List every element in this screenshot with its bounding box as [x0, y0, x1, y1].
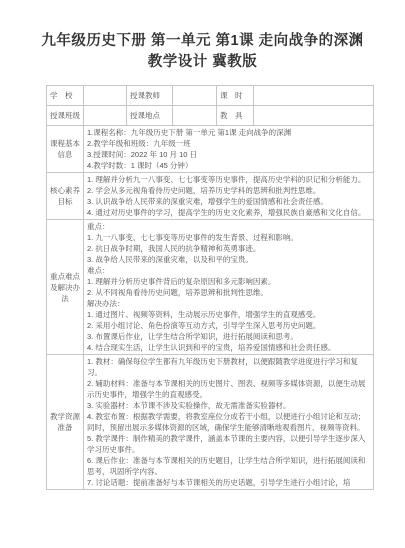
lesson-plan-table: 学 校授课教师课 时授课班级授课地点教 具课程基本信息1.课程名称：九年级历史下… — [46, 85, 374, 490]
section-row: 重点难点及解决办法重点：1. 九一八事变、七七事变等历史事件的发生背景、过程和影… — [47, 220, 374, 355]
content-line: 重点： — [87, 221, 370, 232]
field-value — [254, 106, 374, 126]
section-label: 教学资源准备 — [47, 355, 84, 490]
field-value — [84, 106, 127, 126]
field-label: 教 具 — [217, 106, 254, 126]
section-row: 课程基本信息1.课程名称：九年级历史下册 第一单元 第1课 走向战争的深渊2.教… — [47, 126, 374, 173]
content-line: 3. 布置课后作业，让学生结合所学知识，进行拓展阅读和思考。 — [87, 331, 370, 342]
content-line: 3.授课时间：2022 年 10 月 10 日 — [87, 149, 370, 160]
content-line: 6. 课后作业：准备与本节课相关的历史题目，让学生结合所学知识，进行拓展阅读和思… — [87, 455, 370, 477]
field-label: 授课地点 — [127, 106, 173, 126]
content-line: 4. 通过对历史事件的学习，提高学生的历史文化素养，增强民族自豪感和文化自信。 — [87, 207, 370, 218]
content-line: 4.教学时数：1 课时（45 分钟） — [87, 160, 370, 171]
content-line: 3. 认识战争给人民带来的深重灾难，增强学生的爱国情感和社会责任感。 — [87, 196, 370, 207]
section-content: 1.课程名称：九年级历史下册 第一单元 第1课 走向战争的深渊2.教学年级和班级… — [84, 126, 374, 173]
header-field-row: 学 校授课教师课 时 — [47, 86, 374, 106]
content-line: 1. 理解并分析历史事件背后的复杂原因和多元影响因素。 — [87, 276, 370, 287]
field-value — [173, 86, 217, 106]
content-line: 1. 理解并分析九一八事变、七七事变等历史事件，提高历史学科的识记和分析能力。 — [87, 174, 370, 185]
field-label: 授课班级 — [47, 106, 84, 126]
content-line: 4. 教室布置：根据教学需要，将教室座位分成若干小组，以便进行小组讨论和互动；同… — [87, 411, 370, 433]
content-line: 解决办法： — [87, 298, 370, 309]
document-page: 九年级历史下册 第一单元 第1课 走向战争的深渊教学设计 冀教版 学 校授课教师… — [0, 0, 405, 548]
content-line: 2. 学会从多元视角看待历史问题，培养历史学科的思辨和批判性思维。 — [87, 185, 370, 196]
field-value — [84, 86, 127, 106]
section-content: 重点：1. 九一八事变、七七事变等历史事件的发生背景、过程和影响。2. 抗日战争… — [84, 220, 374, 355]
content-line: 2. 从不同视角看待历史问题，培养思辨和批判性思维。 — [87, 287, 370, 298]
content-line: 3. 实验器材：本节课不涉及实验操作，故无需准备实验器材。 — [87, 400, 370, 411]
field-value — [173, 106, 217, 126]
content-line: 2. 抗日战争时期，我国人民的抗争精神和英勇事迹。 — [87, 243, 370, 254]
content-line: 1. 九一八事变、七七事变等历史事件的发生背景、过程和影响。 — [87, 232, 370, 243]
section-content: 1. 教材：确保每位学生都有九年级历史下册教材，以便跟随教学进度进行学习和复习。… — [84, 355, 374, 490]
content-line: 2.教学年级和班级：九年级一班 — [87, 138, 370, 149]
content-line: 1. 通过图片、视频等资料，生动展示历史事件，增强学生的直观感受。 — [87, 309, 370, 320]
page-title: 九年级历史下册 第一单元 第1课 走向战争的深渊教学设计 冀教版 — [34, 31, 371, 73]
field-value — [254, 86, 374, 106]
content-line: 难点： — [87, 265, 370, 276]
content-line: 7. 讨论话题：提前准备好与本节课相关的历史话题，引导学生进行小组讨论，培 — [87, 477, 370, 488]
section-label: 重点难点及解决办法 — [47, 220, 84, 355]
field-label: 课 时 — [217, 86, 254, 106]
section-row: 教学资源准备1. 教材：确保每位学生都有九年级历史下册教材，以便跟随教学进度进行… — [47, 355, 374, 490]
field-label: 授课教师 — [127, 86, 173, 106]
content-line: 2. 采用小组讨论、角色扮演等互动方式，引导学生深入思考历史问题。 — [87, 320, 370, 331]
section-content: 1. 理解并分析九一八事变、七七事变等历史事件，提高历史学科的识记和分析能力。2… — [84, 173, 374, 220]
content-line: 1.课程名称：九年级历史下册 第一单元 第1课 走向战争的深渊 — [87, 127, 370, 138]
content-line: 3. 战争给人民带来的深重灾难，以及和平的宝贵。 — [87, 254, 370, 265]
field-label: 学 校 — [47, 86, 84, 106]
content-line: 5. 教学课件：制作精美的教学课件，涵盖本节课的主要内容，以便引导学生逐步深入学… — [87, 433, 370, 455]
section-row: 核心素养目标1. 理解并分析九一八事变、七七事变等历史事件，提高历史学科的识记和… — [47, 173, 374, 220]
content-line: 4. 结合现实生活，让学生认识到和平的宝贵，培养爱国情感和社会责任感。 — [87, 342, 370, 353]
content-line: 1. 教材：确保每位学生都有九年级历史下册教材，以便跟随教学进度进行学习和复习。 — [87, 356, 370, 378]
lesson-plan-table-body: 学 校授课教师课 时授课班级授课地点教 具课程基本信息1.课程名称：九年级历史下… — [47, 86, 374, 490]
header-field-row: 授课班级授课地点教 具 — [47, 106, 374, 126]
section-label: 课程基本信息 — [47, 126, 84, 173]
content-line: 2. 辅助材料：准备与本节课相关的历史图片、图表、视频等多媒体资源，以便生动展示… — [87, 378, 370, 400]
section-label: 核心素养目标 — [47, 173, 84, 220]
